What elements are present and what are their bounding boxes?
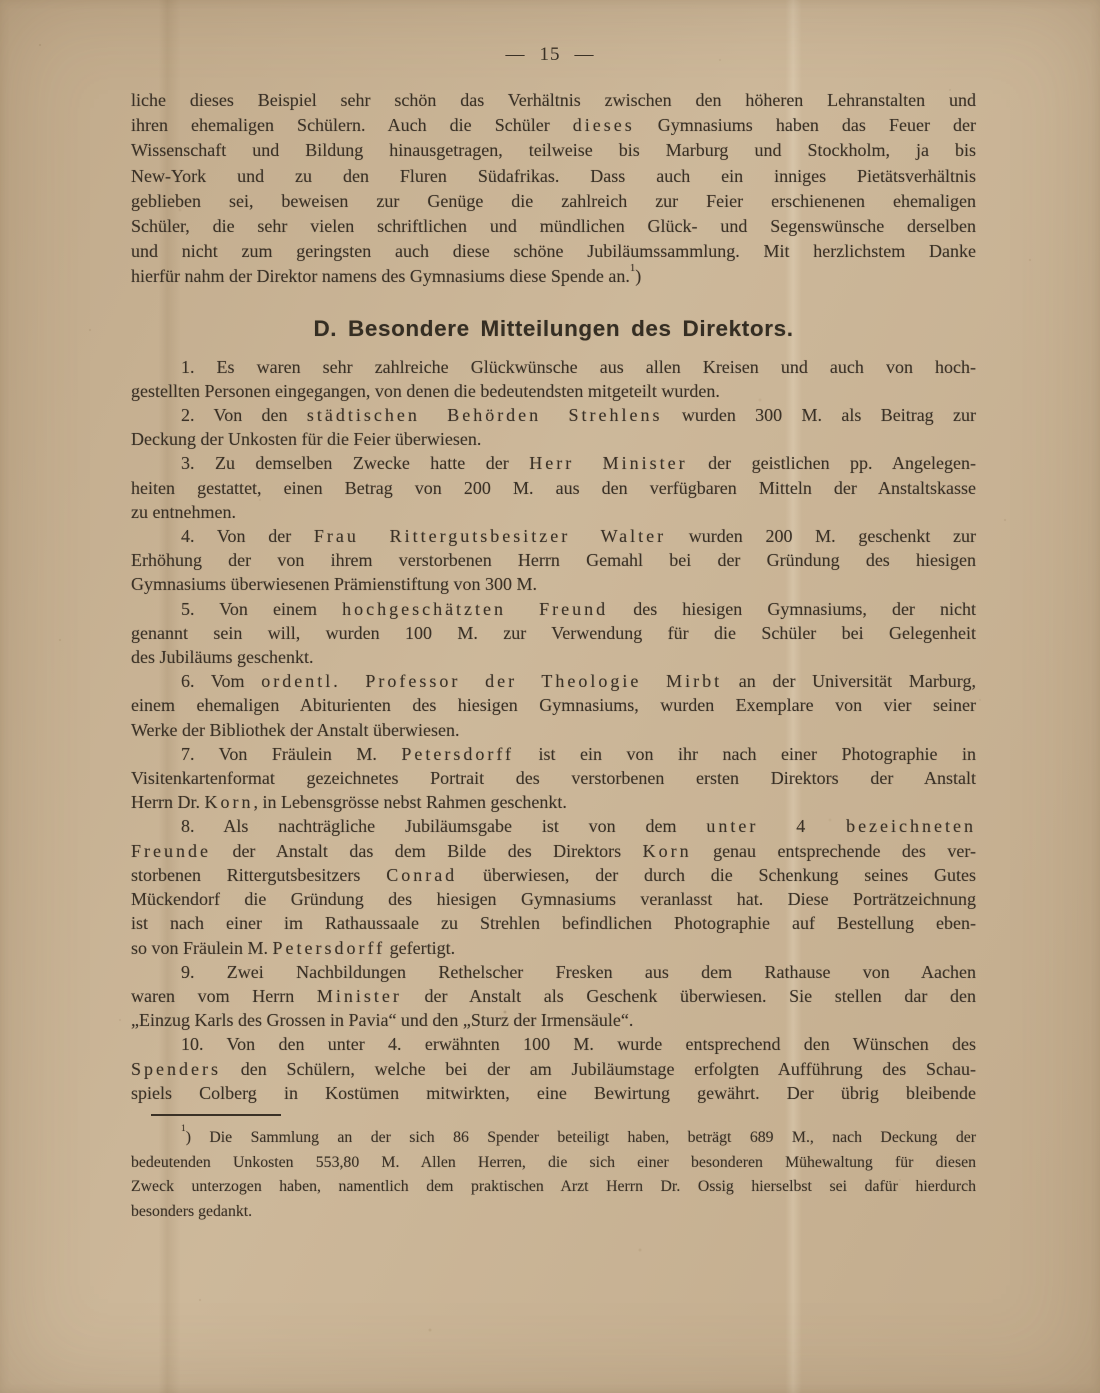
text-line: storbenen Rittergutsbesitzers Conrad übe… xyxy=(131,863,976,887)
text-line: bedeutenden Unkosten 553,80 M. Allen Her… xyxy=(131,1151,976,1176)
text-line: des Jubiläums geschenkt. xyxy=(131,645,976,669)
text-line: 1) Die Sammlung an der sich 86 Spender b… xyxy=(131,1126,976,1151)
footnote-marker: 1 xyxy=(630,262,635,274)
emphasized-spaced-text: ordentl. Professor der Theologie Mirbt xyxy=(261,671,722,691)
list-item: 9. Zwei Nachbildungen Rethelscher Freske… xyxy=(131,960,976,1033)
text-segment: ) xyxy=(635,266,641,286)
emphasized-spaced-text: Freunde xyxy=(131,841,211,861)
text-segment: Wissenschaft und Bildung hinausgetragen,… xyxy=(131,140,976,160)
text-segment: 3. Zu demselben Zwecke hatte der xyxy=(181,453,529,473)
text-segment: waren vom Herrn xyxy=(131,986,317,1006)
text-line: 5. Von einem hochgeschätzten Freund des … xyxy=(131,597,976,621)
text-segment: genau entsprechende des ver- xyxy=(692,841,976,861)
text-line: liche dieses Beispiel sehr schön das Ver… xyxy=(131,88,976,113)
text-line: 6. Vom ordentl. Professor der Theologie … xyxy=(131,669,976,693)
text-line: 10. Von den unter 4. erwähnten 100 M. wu… xyxy=(131,1032,976,1056)
text-segment: so von Fräulein M. xyxy=(131,938,273,958)
text-line: 9. Zwei Nachbildungen Rethelscher Freske… xyxy=(131,960,976,984)
text-segment: Werke der Bibliothek der Anstalt überwie… xyxy=(131,720,459,740)
text-segment: Gymnasiums haben das Feuer der xyxy=(635,115,976,135)
text-line: 7. Von Fräulein M. Petersdorff ist ein v… xyxy=(131,742,976,766)
scanned-document-page: —15— liche dieses Beispiel sehr schön da… xyxy=(0,0,1100,1393)
text-line: 8. Als nachträgliche Jubiläumsgabe ist v… xyxy=(131,814,976,838)
text-segment: spiels Colberg in Kostümen mitwirkten, e… xyxy=(131,1083,976,1103)
text-segment: 4. Von der xyxy=(181,526,314,546)
text-segment: zu entnehmen. xyxy=(131,502,236,522)
text-segment: gefertigt. xyxy=(385,938,455,958)
text-segment: hierfür nahm der Direktor namens des Gym… xyxy=(131,266,630,286)
text-line: Deckung der Unkosten für die Feier überw… xyxy=(131,427,976,451)
text-segment: 2. Von den xyxy=(181,405,307,425)
list-item: 3. Zu demselben Zwecke hatte der Herr Mi… xyxy=(131,451,976,524)
emphasized-spaced-text: Petersdorff xyxy=(401,744,514,764)
text-segment: einem ehemaligen Abiturienten des hiesig… xyxy=(131,695,976,715)
text-segment: an der Universität Marburg, xyxy=(722,671,976,691)
text-line: Gymnasiums überwiesenen Prämienstiftung … xyxy=(131,572,976,596)
emphasized-spaced-text: städtischen Behörden Strehlens xyxy=(307,405,663,425)
emphasized-spaced-text: Minister xyxy=(317,986,402,1006)
text-line: 3. Zu demselben Zwecke hatte der Herr Mi… xyxy=(131,451,976,475)
text-segment: Erhöhung der von ihrem verstorbenen Herr… xyxy=(131,550,976,570)
emphasized-spaced-text: Korn xyxy=(204,792,253,812)
page-number-dash-right: — xyxy=(575,44,595,65)
text-segment: des Jubiläums geschenkt. xyxy=(131,647,313,667)
text-segment: gestellten Personen eingegangen, von den… xyxy=(131,381,720,401)
text-line: zu entnehmen. xyxy=(131,500,976,524)
text-line: 1. Es waren sehr zahlreiche Glückwünsche… xyxy=(131,355,976,379)
text-segment: Gymnasiums überwiesenen Prämienstiftung … xyxy=(131,574,537,594)
text-segment: besonders gedankt. xyxy=(131,1203,252,1220)
text-segment: ) Die Sammlung an der sich 86 Spender be… xyxy=(186,1129,976,1146)
text-segment: und nicht zum geringsten auch diese schö… xyxy=(131,241,976,261)
text-line: Visitenkartenformat gezeichnetes Portrai… xyxy=(131,766,976,790)
footnote-rule xyxy=(151,1114,281,1116)
list-item: 6. Vom ordentl. Professor der Theologie … xyxy=(131,669,976,742)
text-segment: Schüler, die sehr vielen schriftlichen u… xyxy=(131,216,976,236)
page-number: —15— xyxy=(0,44,1100,66)
text-segment: Herrn Dr. xyxy=(131,792,204,812)
text-segment: der geistlichen pp. Angelegen- xyxy=(688,453,976,473)
emphasized-spaced-text: hochgeschätzten Freund xyxy=(342,599,608,619)
text-segment: wurden 200 M. geschenkt zur xyxy=(666,526,976,546)
list-item: 4. Von der Frau Rittergutsbesitzer Walte… xyxy=(131,524,976,597)
text-segment: Zweck unterzogen haben, namentlich dem p… xyxy=(131,1178,976,1195)
text-line: Schüler, die sehr vielen schriftlichen u… xyxy=(131,214,976,239)
text-segment: liche dieses Beispiel sehr schön das Ver… xyxy=(131,90,976,110)
text-segment: 7. Von Fräulein M. xyxy=(181,744,401,764)
page-number-dash-left: — xyxy=(506,44,526,65)
text-line: Freunde der Anstalt das dem Bilde des Di… xyxy=(131,839,976,863)
text-segment: storbenen Rittergutsbesitzers xyxy=(131,865,386,885)
text-segment: genannt sein will, wurden 100 M. zur Ver… xyxy=(131,623,976,643)
footnote: 1) Die Sammlung an der sich 86 Spender b… xyxy=(131,1126,976,1224)
text-line: Erhöhung der von ihrem verstorbenen Herr… xyxy=(131,548,976,572)
text-line: Mückendorf die Gründung des hiesigen Gym… xyxy=(131,887,976,911)
text-line: so von Fräulein M. Petersdorff gefertigt… xyxy=(131,936,976,960)
intro-paragraph: liche dieses Beispiel sehr schön das Ver… xyxy=(131,88,976,290)
emphasized-spaced-text: Herr Minister xyxy=(529,453,687,473)
list-item: 8. Als nachträgliche Jubiläumsgabe ist v… xyxy=(131,814,976,959)
text-segment: der Anstalt als Geschenk überwiesen. Sie… xyxy=(402,986,976,1006)
emphasized-spaced-text: unter 4 bezeichneten xyxy=(706,816,976,836)
text-segment: Mückendorf die Gründung des hiesigen Gym… xyxy=(131,889,976,909)
text-segment: überwiesen, der durch die Schenkung sein… xyxy=(457,865,976,885)
text-line: gestellten Personen eingegangen, von den… xyxy=(131,379,976,403)
emphasized-spaced-text: Petersdorff xyxy=(273,938,386,958)
text-line: Wissenschaft und Bildung hinausgetragen,… xyxy=(131,138,976,163)
text-line: Herrn Dr. Korn, in Lebensgrösse nebst Ra… xyxy=(131,790,976,814)
text-line: heiten gestattet, einen Betrag von 200 M… xyxy=(131,476,976,500)
emphasized-spaced-text: dieses xyxy=(573,115,635,135)
text-line: und nicht zum geringsten auch diese schö… xyxy=(131,239,976,264)
text-segment: 6. Vom xyxy=(181,671,261,691)
text-line: genannt sein will, wurden 100 M. zur Ver… xyxy=(131,621,976,645)
text-segment: 1. Es waren sehr zahlreiche Glückwünsche… xyxy=(181,357,976,377)
text-segment: wurden 300 M. als Beitrag zur xyxy=(663,405,977,425)
text-line: Zweck unterzogen haben, namentlich dem p… xyxy=(131,1175,976,1200)
text-line: „Einzug Karls des Grossen in Pavia“ und … xyxy=(131,1008,976,1032)
emphasized-spaced-text: Frau Rittergutsbesitzer Walter xyxy=(314,526,666,546)
text-line: besonders gedankt. xyxy=(131,1200,976,1225)
list-item: 10. Von den unter 4. erwähnten 100 M. wu… xyxy=(131,1032,976,1105)
text-line: hierfür nahm der Direktor namens des Gym… xyxy=(131,264,976,289)
text-segment: ist nach einer im Rathaussaale zu Strehl… xyxy=(131,913,976,933)
text-segment: 10. Von den unter 4. erwähnten 100 M. wu… xyxy=(181,1034,976,1054)
text-line: Spenders den Schülern, welche bei der am… xyxy=(131,1057,976,1081)
text-line: Werke der Bibliothek der Anstalt überwie… xyxy=(131,718,976,742)
footnote-marker: 1 xyxy=(181,1124,186,1134)
numbered-items: 1. Es waren sehr zahlreiche Glückwünsche… xyxy=(131,355,976,1105)
text-segment: geblieben sei, beweisen zur Genüge die z… xyxy=(131,191,976,211)
emphasized-spaced-text: Korn xyxy=(643,841,692,861)
text-segment: heiten gestattet, einen Betrag von 200 M… xyxy=(131,478,976,498)
text-segment: 5. Von einem xyxy=(181,599,342,619)
text-line: ist nach einer im Rathaussaale zu Strehl… xyxy=(131,911,976,935)
text-line: 4. Von der Frau Rittergutsbesitzer Walte… xyxy=(131,524,976,548)
text-line: ihren ehemaligen Schülern. Auch die Schü… xyxy=(131,113,976,138)
emphasized-spaced-text: Spenders xyxy=(131,1059,221,1079)
emphasized-spaced-text: Conrad xyxy=(386,865,457,885)
text-segment: der Anstalt das dem Bilde des Direktors xyxy=(211,841,643,861)
text-line: spiels Colberg in Kostümen mitwirkten, e… xyxy=(131,1081,976,1105)
text-line: waren vom Herrn Minister der Anstalt als… xyxy=(131,984,976,1008)
text-segment: , in Lebensgrösse nebst Rahmen geschenkt… xyxy=(253,792,566,812)
list-item: 2. Von den städtischen Behörden Strehlen… xyxy=(131,403,976,451)
text-segment: ihren ehemaligen Schülern. Auch die Schü… xyxy=(131,115,573,135)
text-segment: bedeutenden Unkosten 553,80 M. Allen Her… xyxy=(131,1154,976,1171)
text-line: 2. Von den städtischen Behörden Strehlen… xyxy=(131,403,976,427)
text-line: New-York und zu den Fluren Südafrikas. D… xyxy=(131,164,976,189)
text-block: liche dieses Beispiel sehr schön das Ver… xyxy=(131,88,976,1224)
text-segment: des hiesigen Gymnasiums, der nicht xyxy=(608,599,976,619)
text-segment: Deckung der Unkosten für die Feier überw… xyxy=(131,429,481,449)
section-heading: D. Besondere Mitteilungen des Direktors. xyxy=(131,314,976,344)
list-item: 7. Von Fräulein M. Petersdorff ist ein v… xyxy=(131,742,976,815)
text-segment: New-York und zu den Fluren Südafrikas. D… xyxy=(131,166,976,186)
text-segment: 8. Als nachträgliche Jubiläumsgabe ist v… xyxy=(181,816,706,836)
text-segment: „Einzug Karls des Grossen in Pavia“ und … xyxy=(131,1010,633,1030)
text-segment: ist ein von ihr nach einer Photographie … xyxy=(514,744,976,764)
text-line: geblieben sei, beweisen zur Genüge die z… xyxy=(131,189,976,214)
list-item: 5. Von einem hochgeschätzten Freund des … xyxy=(131,597,976,670)
text-segment: den Schülern, welche bei der am Jubiläum… xyxy=(221,1059,976,1079)
text-segment: 9. Zwei Nachbildungen Rethelscher Freske… xyxy=(181,962,976,982)
list-item: 1. Es waren sehr zahlreiche Glückwünsche… xyxy=(131,355,976,403)
page-number-value: 15 xyxy=(540,44,561,65)
text-line: einem ehemaligen Abiturienten des hiesig… xyxy=(131,693,976,717)
text-segment: Visitenkartenformat gezeichnetes Portrai… xyxy=(131,768,976,788)
